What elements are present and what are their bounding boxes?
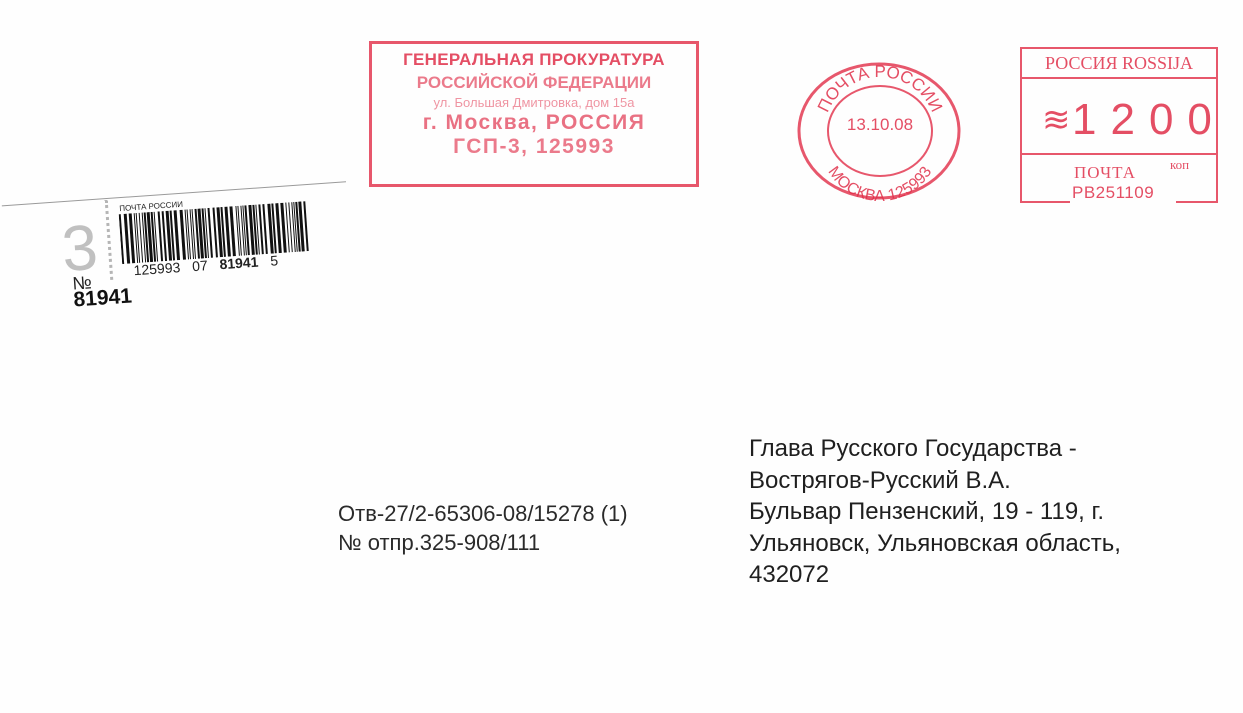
label-divider — [105, 200, 114, 280]
barcode-group-postcode: 125993 — [133, 259, 181, 278]
meter-frame-bottom-left — [1020, 201, 1070, 203]
reference-line: № отпр.325-908/111 — [338, 528, 628, 557]
registered-number: 81941 — [73, 285, 133, 313]
registered-mail-label: 3 № 81941 ПОЧТА РОССИИ 125993 07 81941 5 — [0, 148, 365, 343]
meter-amount: 1200 — [1072, 95, 1226, 145]
meter-post-label: ПОЧТА — [1074, 163, 1136, 183]
reference-line: Отв-27/2-65306-08/15278 (1) — [338, 499, 628, 528]
barcode-group-number: 81941 — [219, 254, 259, 273]
postmark: ПОЧТА РОССИИ МОСКВА 125993 13.10.08 — [796, 61, 962, 201]
reference-block: Отв-27/2-65306-08/15278 (1) № отпр.325-9… — [338, 499, 628, 557]
sender-line: г. Москва, РОССИЯ — [372, 111, 696, 135]
meter-frame-left — [1020, 153, 1022, 203]
svg-text:13.10.08: 13.10.08 — [847, 115, 913, 134]
recipient-address: Глава Русского Государства - Вострягов-Р… — [749, 433, 1121, 591]
meter-country: РОССИЯ ROSSIJA — [1022, 47, 1216, 79]
meter-id: РВ251109 — [1072, 183, 1154, 203]
meter-frame-right — [1216, 153, 1218, 203]
meter-stamp: РОССИЯ ROSSIJA ≋ 1200 ПОЧТА коп РВ251109 — [1020, 47, 1218, 203]
wave-lines-icon: ≋ — [1042, 103, 1071, 137]
sender-line: ул. Большая Дмитровка, дом 15а — [372, 95, 696, 110]
barcode-group-month: 07 — [192, 257, 209, 274]
meter-frame-divider — [1020, 153, 1218, 155]
postmark-circle-icon: ПОЧТА РОССИИ МОСКВА 125993 13.10.08 — [796, 61, 962, 201]
recipient-line: 432072 — [749, 559, 1121, 591]
recipient-line: Ульяновск, Ульяновская область, — [749, 528, 1121, 560]
sender-line: ГЕНЕРАЛЬНАЯ ПРОКУРАТУРА — [372, 50, 696, 70]
recipient-line: Бульвар Пензенский, 19 - 119, г. — [749, 496, 1121, 528]
svg-text:ПОЧТА РОССИИ: ПОЧТА РОССИИ — [814, 62, 946, 115]
recipient-line: Глава Русского Государства - — [749, 433, 1121, 465]
meter-unit: коп — [1170, 157, 1189, 173]
svg-text:МОСКВА 125993: МОСКВА 125993 — [825, 164, 936, 201]
sender-line: ГСП-3, 125993 — [372, 135, 696, 159]
sender-stamp: ГЕНЕРАЛЬНАЯ ПРОКУРАТУРА РОССИЙСКОЙ ФЕДЕР… — [369, 41, 699, 187]
barcode-group-check: 5 — [270, 252, 279, 269]
sender-line: РОССИЙСКОЙ ФЕДЕРАЦИИ — [372, 73, 696, 93]
recipient-line: Вострягов-Русский В.А. — [749, 465, 1121, 497]
meter-frame-bottom-right — [1176, 201, 1218, 203]
